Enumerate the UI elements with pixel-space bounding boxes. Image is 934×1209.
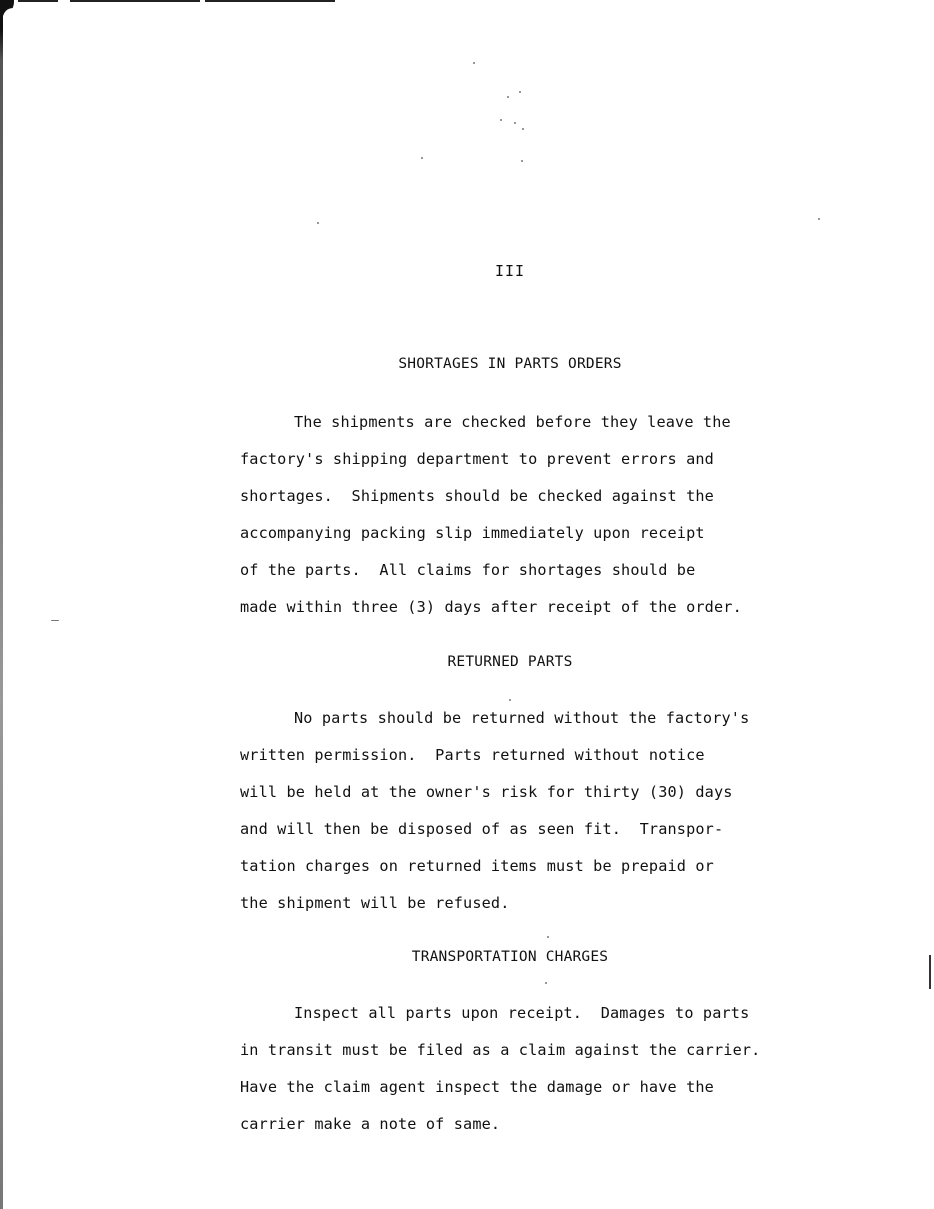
paragraph-line: The shipments are checked before they le… (294, 413, 731, 431)
speck (545, 982, 547, 984)
speck (547, 936, 549, 938)
section-heading-shortages: SHORTAGES IN PARTS ORDERS (0, 356, 934, 372)
speck (500, 119, 502, 121)
speck (317, 222, 319, 224)
scan-top-bar (18, 0, 58, 2)
paragraph-line: tation charges on returned items must be… (240, 857, 714, 875)
paragraph-line: the shipment will be refused. (240, 894, 510, 912)
speck (521, 160, 523, 162)
paragraph-line: Have the claim agent inspect the damage … (240, 1078, 714, 1096)
speck (421, 157, 423, 159)
speck (51, 620, 59, 621)
speck (519, 91, 521, 93)
paragraph-line: factory's shipping department to prevent… (240, 450, 714, 468)
section-heading-returned-parts: RETURNED PARTS (0, 654, 934, 670)
paragraph-line: shortages. Shipments should be checked a… (240, 487, 714, 505)
paragraph-line: written permission. Parts returned witho… (240, 746, 705, 764)
paragraph-line: carrier make a note of same. (240, 1115, 500, 1133)
speck (522, 128, 524, 130)
paragraph-line: accompanying packing slip immediately up… (240, 524, 705, 542)
scan-top-bar (205, 0, 335, 2)
section-heading-transportation-charges: TRANSPORTATION CHARGES (0, 949, 934, 965)
paragraph-line: will be held at the owner's risk for thi… (240, 783, 733, 801)
scan-top-bar (70, 0, 200, 2)
paragraph-line: in transit must be filed as a claim agai… (240, 1041, 760, 1059)
speck (514, 122, 516, 124)
speck (507, 96, 509, 98)
speck (509, 699, 511, 701)
speck (818, 218, 820, 220)
paragraph-line: No parts should be returned without the … (294, 709, 749, 727)
paragraph-line: of the parts. All claims for shortages s… (240, 561, 695, 579)
page-number: III (0, 262, 934, 280)
scan-left-edge (0, 0, 3, 1209)
paragraph-line: and will then be disposed of as seen fit… (240, 820, 723, 838)
paragraph-line: made within three (3) days after receipt… (240, 598, 742, 616)
speck (473, 62, 475, 64)
paragraph-line: Inspect all parts upon receipt. Damages … (294, 1004, 749, 1022)
